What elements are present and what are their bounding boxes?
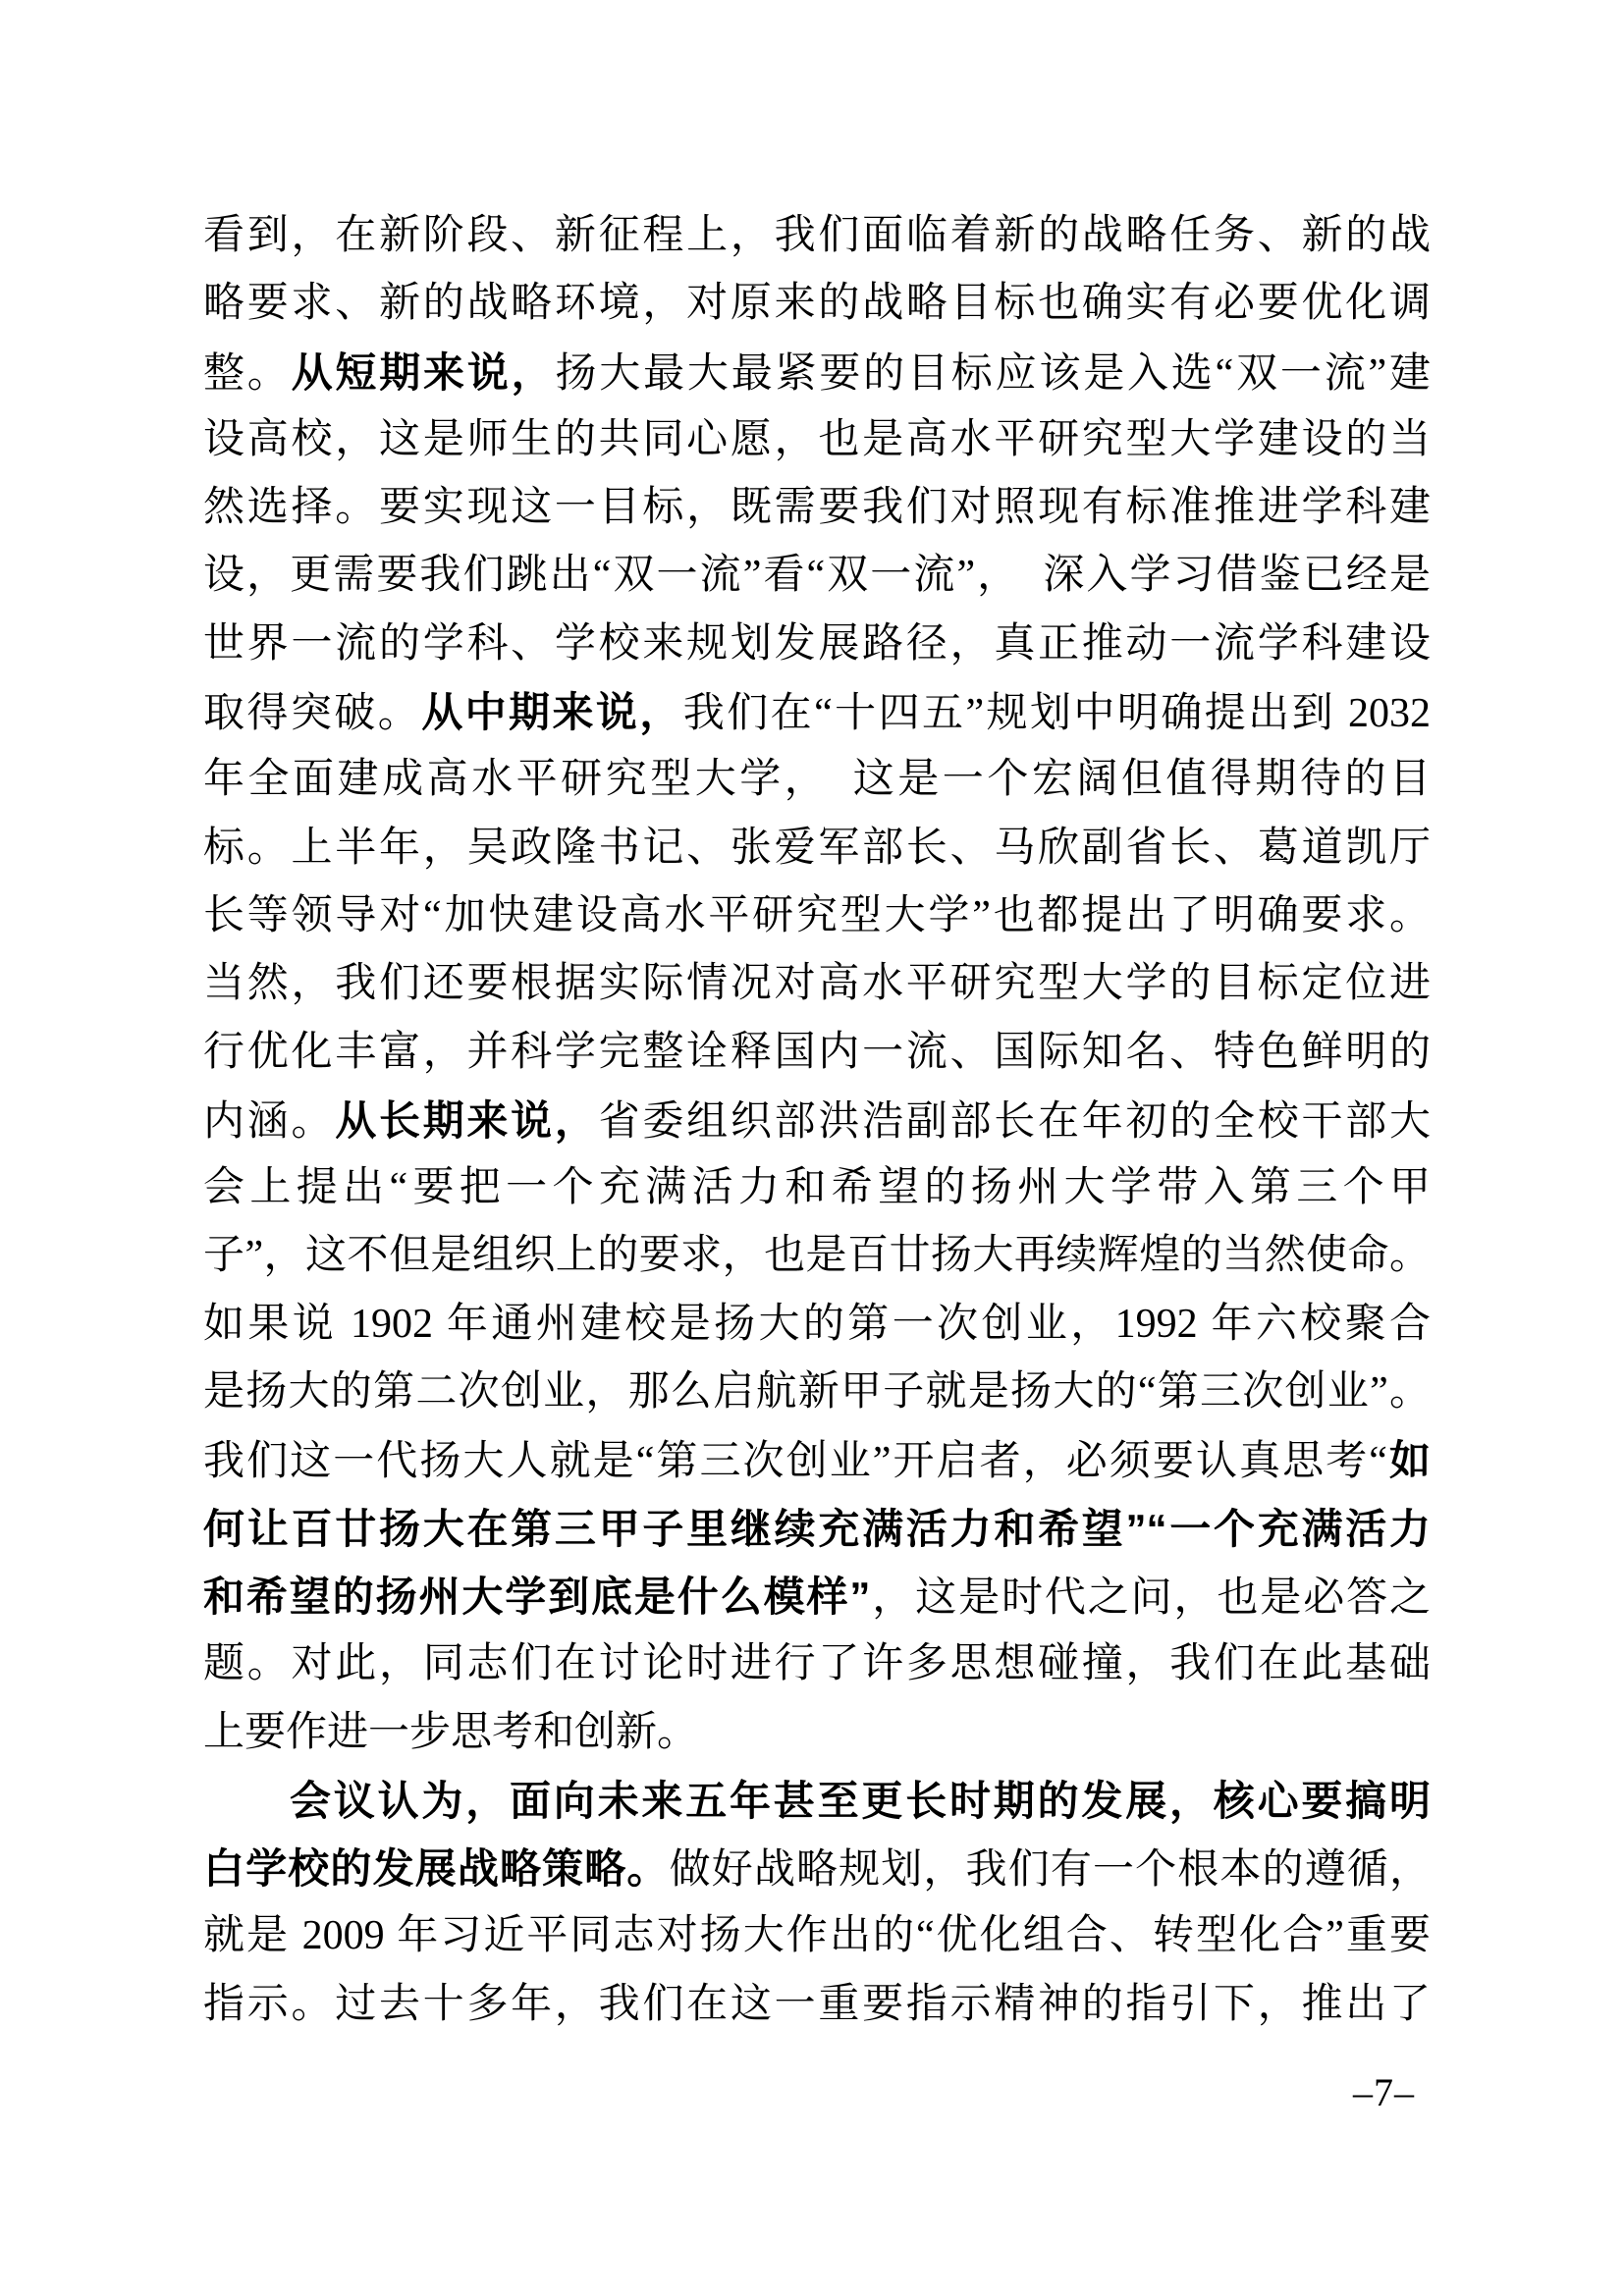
document-lines: 看到，在新阶段、新征程上，我们面临着新的战略任务、新的战略要求、新的战略环境，对… <box>203 202 1431 2039</box>
bold-text-segment: 何让百廿扬大在第三甲子里继续充满活力和希望”“一个充满活力 <box>203 1506 1431 1552</box>
text-segment: 内涵。 <box>203 1099 335 1145</box>
text-line: 会上提出“要把一个充满活力和希望的扬州大学带入第三个甲 <box>203 1154 1431 1222</box>
text-segment: 然选择。要实现这一目标，既需要我们对照现有标准推进学科建 <box>203 485 1431 530</box>
text-line: 行优化丰富，并科学完整诠释国内一流、国际知名、特色鲜明的 <box>203 1019 1431 1087</box>
text-segment: 就是 2009 年习近平同志对扬大作出的“优化组合、转型化合”重要 <box>203 1913 1431 1958</box>
text-segment: ，这是时代之问，也是必答之 <box>870 1575 1431 1621</box>
page-number: –7– <box>1353 2071 1432 2114</box>
bold-text-segment: 从长期来说， <box>335 1097 598 1144</box>
text-line: 我们这一代扬大人就是“第三次创业”开启者，必须要认真思考“如 <box>203 1426 1431 1494</box>
bold-text-segment: 从短期来说， <box>292 349 556 396</box>
text-line: 整。从短期来说，扬大最大最紧要的目标应该是入选“双一流”建 <box>203 339 1431 406</box>
text-segment: 省委组织部洪浩副部长在年初的全校干部大 <box>599 1099 1431 1145</box>
bold-text-segment: 和希望的扬州大学到底是什么模样” <box>203 1574 870 1620</box>
text-segment: 设，更需要我们跳出“双一流”看“双一流”， 深入学习借鉴已经是 <box>203 553 1431 598</box>
text-segment: 是扬大的第二次创业，那么启航新甲子就是扬大的“第三次创业”。 <box>203 1369 1431 1415</box>
text-segment: 看到，在新阶段、新征程上，我们面临着新的战略任务、新的战 <box>203 213 1431 258</box>
bold-text-segment: 会议认为，面向未来五年甚至更长时期的发展，核心要搞明 <box>290 1778 1431 1824</box>
text-segment: 取得突破。 <box>203 691 421 736</box>
text-line: 略要求、新的战略环境，对原来的战略目标也确实有必要优化调 <box>203 270 1431 338</box>
text-line: 内涵。从长期来说，省委组织部洪浩副部长在年初的全校干部大 <box>203 1087 1431 1154</box>
text-segment: 年全面建成高水平研究型大学， 这是一个宏阔但值得期待的目 <box>203 757 1431 802</box>
text-line: 子”，这不但是组织上的要求，也是百廿扬大再续辉煌的当然使命。 <box>203 1222 1431 1290</box>
text-segment: 会上提出“要把一个充满活力和希望的扬州大学带入第三个甲 <box>203 1165 1431 1210</box>
text-line: 然选择。要实现这一目标，既需要我们对照现有标准推进学科建 <box>203 474 1431 542</box>
text-segment: 整。 <box>203 351 292 397</box>
text-line: 标。上半年，吴政隆书记、张爱军部长、马欣副省长、葛道凯厅 <box>203 815 1431 882</box>
text-line: 上要作进一步思考和创新。 <box>203 1699 1431 1767</box>
text-segment: 指示。过去十多年，我们在这一重要指示精神的指引下，推出了 <box>203 1982 1431 2027</box>
text-line: 设高校，这是师生的共同心愿，也是高水平研究型大学建设的当 <box>203 406 1431 474</box>
text-line: 何让百廿扬大在第三甲子里继续充满活力和希望”“一个充满活力 <box>203 1495 1431 1563</box>
bold-text-segment: 如 <box>1387 1437 1431 1483</box>
text-line: 会议认为，面向未来五年甚至更长时期的发展，核心要搞明 <box>203 1767 1431 1835</box>
text-line: 设，更需要我们跳出“双一流”看“双一流”， 深入学习借鉴已经是 <box>203 542 1431 610</box>
text-segment: 如果说 1902 年通州建校是扬大的第一次创业，1992 年六校聚合 <box>203 1302 1431 1347</box>
text-segment: 略要求、新的战略环境，对原来的战略目标也确实有必要优化调 <box>203 281 1431 326</box>
bold-text-segment: 从中期来说， <box>421 689 683 735</box>
text-line: 题。对此，同志们在讨论时进行了许多思想碰撞，我们在此基础 <box>203 1630 1431 1698</box>
text-segment: 上要作进一步思考和创新。 <box>203 1710 698 1755</box>
text-line: 当然，我们还要根据实际情况对高水平研究型大学的目标定位进 <box>203 950 1431 1018</box>
document-page: 看到，在新阶段、新征程上，我们面临着新的战略任务、新的战略要求、新的战略环境，对… <box>0 0 1624 2296</box>
text-segment: 设高校，这是师生的共同心愿，也是高水平研究型大学建设的当 <box>203 417 1431 462</box>
text-line: 取得突破。从中期来说，我们在“十四五”规划中明确提出到 2032 <box>203 678 1431 746</box>
text-line: 看到，在新阶段、新征程上，我们面临着新的战略任务、新的战 <box>203 202 1431 270</box>
text-line: 指示。过去十多年，我们在这一重要指示精神的指引下，推出了 <box>203 1971 1431 2039</box>
text-line: 如果说 1902 年通州建校是扬大的第一次创业，1992 年六校聚合 <box>203 1291 1431 1359</box>
text-segment: 当然，我们还要根据实际情况对高水平研究型大学的目标定位进 <box>203 961 1431 1006</box>
text-line: 白学校的发展战略策略。做好战略规划，我们有一个根本的遵循， <box>203 1835 1431 1902</box>
text-segment: 长等领导对“加快建设高水平研究型大学”也都提出了明确要求。 <box>203 893 1431 938</box>
text-line: 年全面建成高水平研究型大学， 这是一个宏阔但值得期待的目 <box>203 746 1431 814</box>
text-line: 和希望的扬州大学到底是什么模样”，这是时代之问，也是必答之 <box>203 1563 1431 1630</box>
text-segment: 标。上半年，吴政隆书记、张爱军部长、马欣副省长、葛道凯厅 <box>203 826 1431 871</box>
text-line: 就是 2009 年习近平同志对扬大作出的“优化组合、转型化合”重要 <box>203 1902 1431 1970</box>
text-segment: 我们在“十四五”规划中明确提出到 2032 <box>683 691 1431 736</box>
text-segment: 扬大最大最紧要的目标应该是入选“双一流”建 <box>555 351 1430 397</box>
text-segment: 题。对此，同志们在讨论时进行了许多思想碰撞，我们在此基础 <box>203 1641 1431 1686</box>
bold-text-segment: 白学校的发展战略策略。 <box>203 1845 670 1892</box>
text-segment: 我们这一代扬大人就是“第三次创业”开启者，必须要认真思考“ <box>203 1439 1387 1484</box>
text-line: 世界一流的学科、学校来规划发展路径，真正推动一流学科建设 <box>203 611 1431 678</box>
text-line: 是扬大的第二次创业，那么启航新甲子就是扬大的“第三次创业”。 <box>203 1359 1431 1426</box>
text-line: 长等领导对“加快建设高水平研究型大学”也都提出了明确要求。 <box>203 882 1431 950</box>
text-segment: 世界一流的学科、学校来规划发展路径，真正推动一流学科建设 <box>203 621 1431 667</box>
text-segment: 子”，这不但是组织上的要求，也是百廿扬大再续辉煌的当然使命。 <box>203 1233 1431 1278</box>
text-segment: 做好战略规划，我们有一个根本的遵循， <box>670 1847 1431 1893</box>
text-segment: 行优化丰富，并科学完整诠释国内一流、国际知名、特色鲜明的 <box>203 1030 1431 1075</box>
